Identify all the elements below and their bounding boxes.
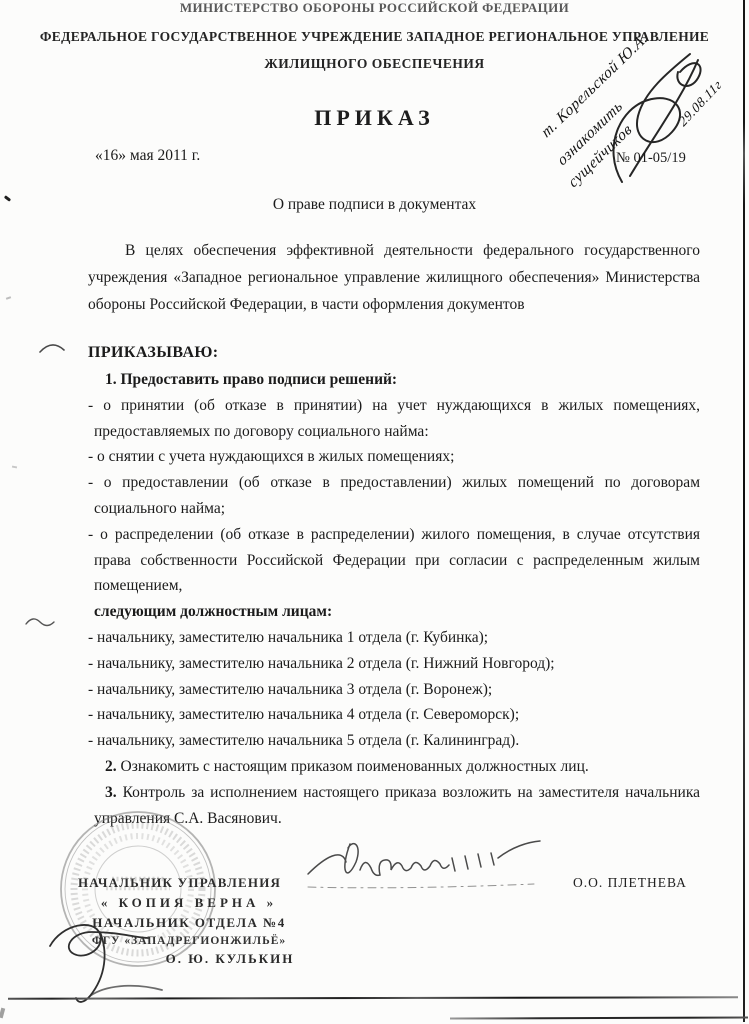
order-command: ПРИКАЗЫВАЮ: [88, 344, 219, 362]
document-date: «16» мая 2011 г. [95, 147, 200, 165]
order-officials-heading: следующим должностным лицам: [88, 601, 700, 627]
item2-number: 2. [105, 758, 117, 775]
order-official-item: - начальнику, заместителю начальника 2 о… [88, 653, 700, 679]
certifier-signature [42, 912, 192, 1004]
item2-text: Ознакомить с настоящим приказом поименов… [121, 758, 589, 775]
order-body: 1. Предоставить право подписи решений: -… [88, 369, 700, 833]
order-subitem: предоставляемых по договору социального … [88, 421, 700, 447]
order-subitem: - о предоставлении (об отказе в предоста… [88, 472, 700, 498]
order-item1-title: 1. Предоставить право подписи решений: [88, 369, 700, 395]
order-subitem: - о принятии (об отказе в принятии) на у… [88, 395, 700, 421]
order-subitem: права собственности Российской Федерации… [88, 550, 700, 576]
bottom-rule-line [8, 996, 738, 1000]
order-item2: 2. Ознакомить с настоящим приказом поиме… [88, 756, 700, 782]
handwritten-annotation: т. Корельской Ю.А. ознакомить сущейчиков… [540, 8, 749, 203]
preamble-line3: обороны Российской Федерации, в части оф… [88, 295, 700, 315]
bottom-right-line [450, 1016, 748, 1019]
order-subitem: - о снятии с учета нуждающихся в жилых п… [88, 446, 700, 472]
order-subitem: помещением, [88, 575, 700, 601]
signer-position-title: НАЧАЛЬНИК УПРАВЛЕНИЯ [78, 875, 281, 891]
margin-check-mark [38, 340, 66, 356]
signer-signature [302, 830, 547, 898]
order-subitem: - о распределении (об отказе в распредел… [88, 524, 700, 550]
order-official-item: - начальнику, заместителю начальника 5 о… [88, 730, 700, 756]
scanned-order-document: МИНИСТЕРСТВО ОБОРОНЫ РОССИЙСКОЙ ФЕДЕРАЦИ… [0, 0, 749, 1024]
margin-tilde-mark [24, 614, 56, 630]
scan-speck [12, 466, 17, 469]
order-official-item: - начальнику, заместителю начальника 3 о… [88, 679, 700, 705]
order-subitem: социального найма; [88, 498, 700, 524]
order-official-item: - начальнику, заместителю начальника 4 о… [88, 704, 700, 730]
preamble-line1: В целях обеспечения эффективной деятельн… [88, 241, 700, 261]
order-official-item: - начальнику, заместителю начальника 1 о… [88, 627, 700, 653]
copy-correct-stamp-line: « КОПИЯ ВЕРНА » [58, 895, 320, 911]
preamble-line2: учреждения «Западное региональное управл… [88, 268, 700, 288]
annotation-signature-flourish [592, 36, 732, 194]
scan-speck [6, 296, 11, 300]
signer-name: О.О. ПЛЕТНЕВА [573, 875, 687, 891]
scan-speck [0, 1008, 5, 1019]
